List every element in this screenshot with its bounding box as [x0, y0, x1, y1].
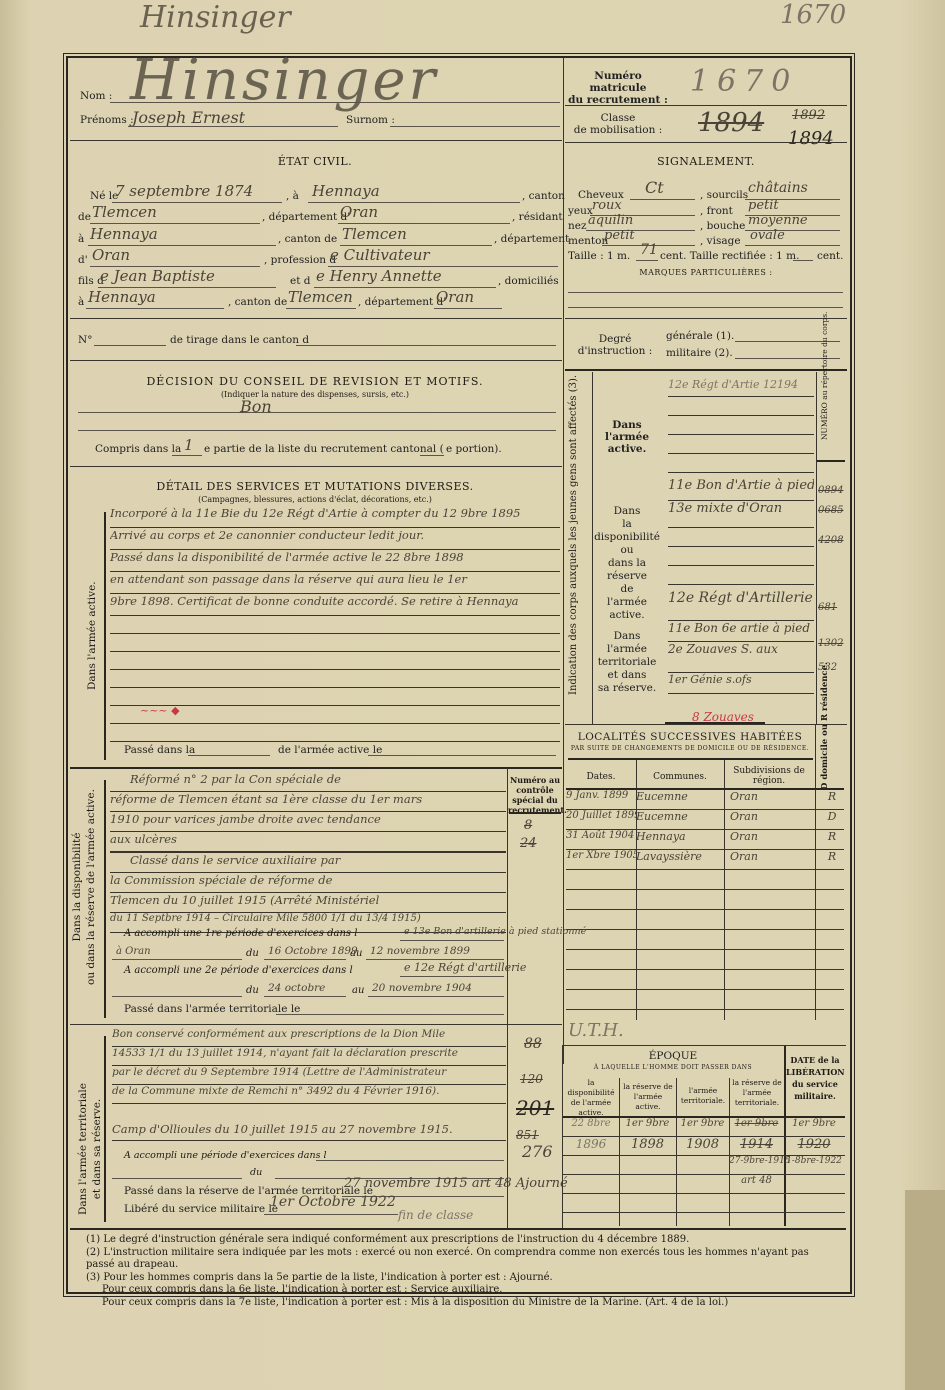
pere-value: e Jean Baptiste — [100, 267, 215, 285]
et-label: et d — [290, 275, 311, 287]
footnote: (2) L'instruction militaire sera indiqué… — [86, 1247, 826, 1272]
degre-instruction-label: Degréd'instruction : — [570, 333, 660, 357]
decision-title: DÉCISION DU CONSEIL DE REVISION ET MOTIF… — [70, 375, 560, 388]
departement-label: , département d' — [262, 211, 350, 223]
cent-label: cent. — [817, 250, 843, 262]
localites-subtitle: PAR SUITE DE CHANGEMENTS DE DOMICILE OU … — [565, 745, 815, 752]
controle-header: Numéro au contrôle spécial du recrutemen… — [508, 775, 562, 815]
canton-label: , canton — [522, 190, 565, 202]
bouche-value: moyenne — [748, 213, 808, 228]
epoque-row — [563, 1194, 845, 1213]
terr-line: par le décret du 9 Septembre 1914 (Lettr… — [112, 1066, 506, 1085]
compris-label: Compris dans la — [95, 443, 181, 455]
dispo-line: aux ulcères — [110, 832, 506, 853]
numero-repertoire-label: NUMÉRO au répertoire du corps. — [820, 312, 829, 440]
footnote: Pour ceux compris dans la 6e liste, l'in… — [86, 1284, 826, 1297]
periode1-value: e 13e Bon d'artillerie à pied stationné — [404, 926, 586, 937]
corps-terr-entry: 2e Zouaves S. aux — [668, 642, 814, 673]
nom-value: Hinsinger — [130, 48, 438, 113]
top-name-annotation: Hinsinger — [140, 0, 291, 35]
epoque-col-territoriale: l'armée territoriale. — [677, 1086, 729, 1106]
cheveux-value: Ct — [645, 178, 664, 197]
epoque-title: ÉPOQUE — [562, 1050, 784, 1062]
taille-rectifiee-label: cent. Taille rectifiée : 1 m. — [660, 250, 799, 262]
periode1-du-label: du — [246, 948, 259, 959]
corps-side-label: Indication des corps auxquels les jeunes… — [568, 375, 579, 695]
service-line — [110, 634, 560, 652]
periode2-du-label: du — [246, 985, 259, 996]
dispo-number: 0894 — [818, 485, 843, 496]
epoque-col-reserve-terr: la réserve de l'armée territoriale. — [730, 1078, 784, 1108]
corps-active-entries: 12e Régt d'Artie 12194 — [668, 378, 814, 473]
dom-departement-value: Oran — [436, 288, 474, 306]
footnote: (1) Le degré d'instruction générale sera… — [86, 1234, 826, 1247]
compris-label-3: e portion). — [446, 443, 502, 455]
service-line: 9bre 1898. Certificat de bonne conduite … — [110, 594, 560, 616]
ne-le-value: 7 septembre 1874 — [115, 182, 253, 200]
surnom-label: Surnom : — [346, 114, 395, 126]
corps-terr-entry: 11e Bon 6e artie à pied — [668, 621, 814, 642]
dispo-line: Tlemcen du 10 juillet 1915 (Arrêté Minis… — [110, 893, 506, 913]
a-label: , à — [286, 190, 299, 202]
localites-row: 31 Août 1904HennayaOranR — [566, 830, 844, 850]
corps-active-label: Dansl'armée active. — [594, 419, 660, 455]
nom-label: Nom : — [80, 90, 112, 102]
profession-label: , profession d — [264, 254, 336, 266]
corps-active-entry: 12e Régt d'Artie 12194 — [668, 378, 814, 397]
menton-value: petit — [604, 228, 635, 243]
residant-a-label: à — [78, 233, 84, 245]
residant-canton-value: Tlemcen — [342, 225, 407, 243]
localites-row — [566, 890, 844, 910]
terr-line: 14533 1/1 du 13 juillet 1914, n'ayant fa… — [112, 1047, 506, 1066]
sourcils-label: , sourcils — [700, 189, 748, 201]
passe-terr-label: Passé dans l'armée territoriale le — [124, 1003, 300, 1015]
etat-civil-title: ÉTAT CIVIL. — [70, 155, 560, 168]
dispo-line: réforme de Tlemcen étant sa 1ère classe … — [110, 792, 506, 812]
classe-value-struck-2: 1892 — [792, 108, 825, 123]
reserve-terr-value: 27 novembre 1915 art 48 Ajourné — [344, 1176, 568, 1191]
localites-row — [566, 970, 844, 990]
marques-label: MARQUES PARTICULIÈRES : — [565, 268, 847, 277]
domicilies-label: , domiciliés — [498, 275, 559, 287]
localites-row — [566, 990, 844, 1010]
dom-a-label: à — [78, 296, 84, 308]
localites-col-dates: Dates. — [566, 772, 636, 782]
instruction-generale-label: générale (1). — [666, 330, 734, 342]
periode1-au: 12 novembre 1899 — [370, 945, 470, 957]
terr-number: 1302 — [818, 638, 843, 649]
residant-departement-label: , département — [494, 233, 569, 245]
visage-value: ovale — [750, 228, 785, 243]
controle-value: 8 — [524, 818, 532, 833]
dom-departement-label: , département d' — [358, 296, 446, 308]
classe-value-struck: 1894 — [698, 108, 764, 138]
passe-active-label-2: de l'armée active le — [278, 744, 382, 756]
epoque-row: 22 8bre1er 9bre1er 9bre1er 9bre1er 9bre — [563, 1118, 845, 1137]
dispo-line: la Commission spéciale de réforme de — [110, 873, 506, 893]
corps-terr-entry: 12e Régt d'Artillerie — [668, 590, 814, 621]
service-line: Incorporé à la 11e Bie du 12e Régt d'Art… — [110, 506, 560, 528]
terr-periode-du-label: du — [250, 1167, 262, 1178]
terr-side-label: Dans l'armée territorialeet dans sa rése… — [76, 1083, 104, 1215]
services-subtitle: (Campagnes, blessures, actions d'éclat, … — [70, 495, 560, 504]
localites-dr-header: D domicile ou R résidence. — [820, 662, 830, 790]
localites-col-subdivisions: Subdivisions de région. — [726, 766, 812, 786]
dispo-line: Classé dans le service auxiliaire par — [110, 853, 506, 873]
dom-canton-label: , canton de — [228, 296, 287, 308]
birth-canton-value: Tlemcen — [92, 203, 157, 221]
localites-row: 20 Juillet 1899EucemneOranD — [566, 810, 844, 830]
visage-label: , visage — [700, 235, 741, 247]
controle-lower-value: 88 — [524, 1036, 542, 1052]
tirage-no-label: N° — [78, 334, 92, 346]
localites-row — [566, 950, 844, 970]
corps-dispo-entry: 11e Bon d'Artie à pied — [668, 478, 814, 501]
dom-value: Hennaya — [88, 288, 156, 306]
corps-terr-entry: 1er Génie s.ofs — [668, 673, 814, 694]
periode2-label: A accompli une 2e période d'exercices da… — [124, 965, 353, 976]
periode2-du: 24 octobre — [268, 982, 325, 994]
service-line — [110, 724, 560, 742]
nez-label: nez — [568, 220, 587, 232]
periode1-label: A accompli une 1re période d'exercices d… — [124, 928, 357, 939]
footnote: (3) Pour les hommes compris dans la 5e p… — [86, 1272, 826, 1285]
compris-value: 1 — [184, 436, 194, 454]
yeux-value: roux — [592, 198, 622, 213]
corps-dispo-entries: 11e Bon d'Artie à pied 13e mixte d'Oran — [668, 478, 814, 585]
libere-note: fin de classe — [398, 1208, 473, 1222]
terr-line: de la Commune mixte de Remchi n° 3492 du… — [112, 1085, 506, 1104]
prenoms-label: Prénoms : — [80, 114, 134, 126]
controle-value: 24 — [520, 836, 537, 851]
profession-value: e Cultivateur — [330, 246, 430, 264]
corps-dispo-entry: 13e mixte d'Oran — [668, 501, 814, 528]
libere-label: Libéré du service militaire le — [124, 1203, 278, 1215]
residant-dep-d-label: d' — [78, 254, 88, 266]
front-value: petit — [748, 198, 779, 213]
numero-matricule-label: Numéro matriculedu recrutement : — [568, 70, 668, 106]
corps-terr-label: Dans l'arméeterritorialeet danssa réserv… — [594, 630, 660, 695]
controle-lower-value: 851 — [516, 1128, 539, 1142]
epoque-col-dispo: la disponibilité de l'armée active. — [563, 1078, 619, 1118]
periode2-value: e 12e Régt d'artillerie — [404, 961, 526, 974]
libere-value: 1er Octobre 1922 — [270, 1194, 396, 1210]
top-number-annotation: 1670 — [780, 0, 846, 30]
dispo-side-label: Dans la disponibilitéou dans la réserve … — [70, 789, 98, 985]
localites-table: 9 Janv. 1899EucemneOranR 20 Juillet 1899… — [566, 790, 844, 1010]
dispo-line: 1910 pour varices jambe droite avec tend… — [110, 812, 506, 832]
decision-subtitle: (Indiquer la nature des dispenses, sursi… — [70, 390, 560, 399]
prenoms-value: Joseph Ernest — [132, 108, 245, 127]
localites-row — [566, 870, 844, 890]
residant-departement-value: Oran — [92, 246, 130, 264]
stamp-annotation: U.T.H. — [568, 1020, 624, 1041]
taille-label: Taille : 1 m. — [568, 250, 630, 262]
service-line — [110, 670, 560, 688]
dispo-number: 0685 — [818, 505, 843, 516]
de-label: de — [78, 211, 91, 223]
classe-value: 1894 — [788, 128, 834, 149]
localites-row: 9 Janv. 1899EucemneOranR — [566, 790, 844, 810]
epoque-col-reserve-active: la réserve de l'armée active. — [620, 1082, 676, 1112]
localites-col-communes: Communes. — [636, 772, 724, 782]
compris-label-2: e partie de la liste du recrutement cant… — [204, 443, 444, 455]
terr-periode-label: A accompli une période d'exercices dans … — [124, 1150, 327, 1161]
dispo-line: Réformé n° 2 par la Con spéciale de — [110, 772, 506, 792]
register-page: Hinsinger 1670 Hinsinger Nom : Prénoms :… — [0, 0, 945, 1390]
controle-lower-value: 201 — [516, 1096, 554, 1120]
date-liberation-header: DATE de la LIBÉRATION du service militai… — [786, 1054, 844, 1102]
terr-line: Bon conservé conformément aux prescripti… — [112, 1028, 506, 1047]
terr-lines: Bon conservé conformément aux prescripti… — [112, 1028, 506, 1141]
services-title: DÉTAIL DES SERVICES ET MUTATIONS DIVERSE… — [70, 480, 560, 493]
localites-row: 1er Xbre 1905LavayssièreOranR — [566, 850, 844, 870]
corps-terr-entries: 12e Régt d'Artillerie 11e Bon 6e artie à… — [668, 590, 814, 694]
classe-label: Classede mobilisation : — [568, 112, 668, 136]
service-line: Arrivé au corps et 2e canonnier conducte… — [110, 528, 560, 550]
periode2-au: 20 novembre 1904 — [372, 982, 472, 994]
epoque-subtitle: À LAQUELLE L'HOMME DOIT PASSER DANS — [562, 1064, 784, 1071]
controle-lower-value: 276 — [522, 1142, 553, 1161]
footnotes: (1) Le degré d'instruction générale sera… — [86, 1234, 826, 1309]
taille-value: 71 — [640, 242, 658, 258]
instruction-militaire-label: militaire (2). — [666, 347, 733, 359]
residant-value: Hennaya — [90, 225, 158, 243]
dom-canton-value: Tlemcen — [288, 288, 353, 306]
active-side-label: Dans l'armée active. — [86, 581, 98, 690]
epoque-row: art 48 — [563, 1175, 845, 1194]
service-line: en attendant son passage dans la réserve… — [110, 572, 560, 594]
tirage-label: de tirage dans le canton d — [170, 334, 309, 346]
localites-row — [566, 910, 844, 930]
residant-label: , résidant — [512, 211, 563, 223]
terr-number: 681 — [818, 602, 837, 613]
signalement-title: SIGNALEMENT. — [565, 155, 847, 168]
mere-value: e Henry Annette — [316, 267, 442, 285]
epoque-row: 27-9bre-19151-8bre-1922 — [563, 1156, 845, 1175]
localites-row — [566, 930, 844, 950]
epoque-table: 22 8bre1er 9bre1er 9bre1er 9bre1er 9bre … — [563, 1118, 845, 1213]
sourcils-value: châtains — [748, 180, 808, 196]
service-line — [110, 616, 560, 634]
front-label: , front — [700, 205, 733, 217]
corps-dispo-label: Dansla disponibilitéoudans la réservedel… — [594, 505, 660, 622]
numero-matricule-value: 1670 — [690, 64, 798, 99]
dispo-lines: Réformé n° 2 par la Con spéciale de réfo… — [110, 772, 506, 933]
periode1-du: 16 Octobre 1899 — [268, 945, 358, 957]
service-line: Passé dans la disponibilité de l'armée a… — [110, 550, 560, 572]
bouche-label: , bouche — [700, 220, 745, 232]
periode2-au-label: au — [352, 985, 364, 996]
birth-departement-value: Oran — [340, 203, 378, 221]
service-line — [110, 652, 560, 670]
footnote: Pour ceux compris dans la 7e liste, l'in… — [86, 1297, 826, 1310]
passe-active-label: Passé dans la — [124, 744, 195, 756]
dispo-number: 4208 — [818, 535, 843, 546]
red-scribble: ~~~ ◆ — [140, 704, 180, 717]
controle-lower-value: 120 — [520, 1072, 543, 1086]
residant-canton-label: , canton de — [278, 233, 337, 245]
page-edge — [905, 1190, 945, 1390]
localites-title: LOCALITÉS SUCCESSIVES HABITÉES — [565, 731, 815, 743]
decision-value: Bon — [240, 397, 272, 416]
birth-place-value: Hennaya — [312, 182, 380, 200]
nez-value: aquilin — [588, 213, 633, 228]
periode1-place: à Oran — [116, 946, 151, 957]
epoque-row: 18961898190819141920 — [563, 1137, 845, 1156]
camp-line: Camp d'Ollioules du 10 juillet 1915 au 2… — [112, 1122, 506, 1141]
periode1-au-label: au — [350, 948, 362, 959]
